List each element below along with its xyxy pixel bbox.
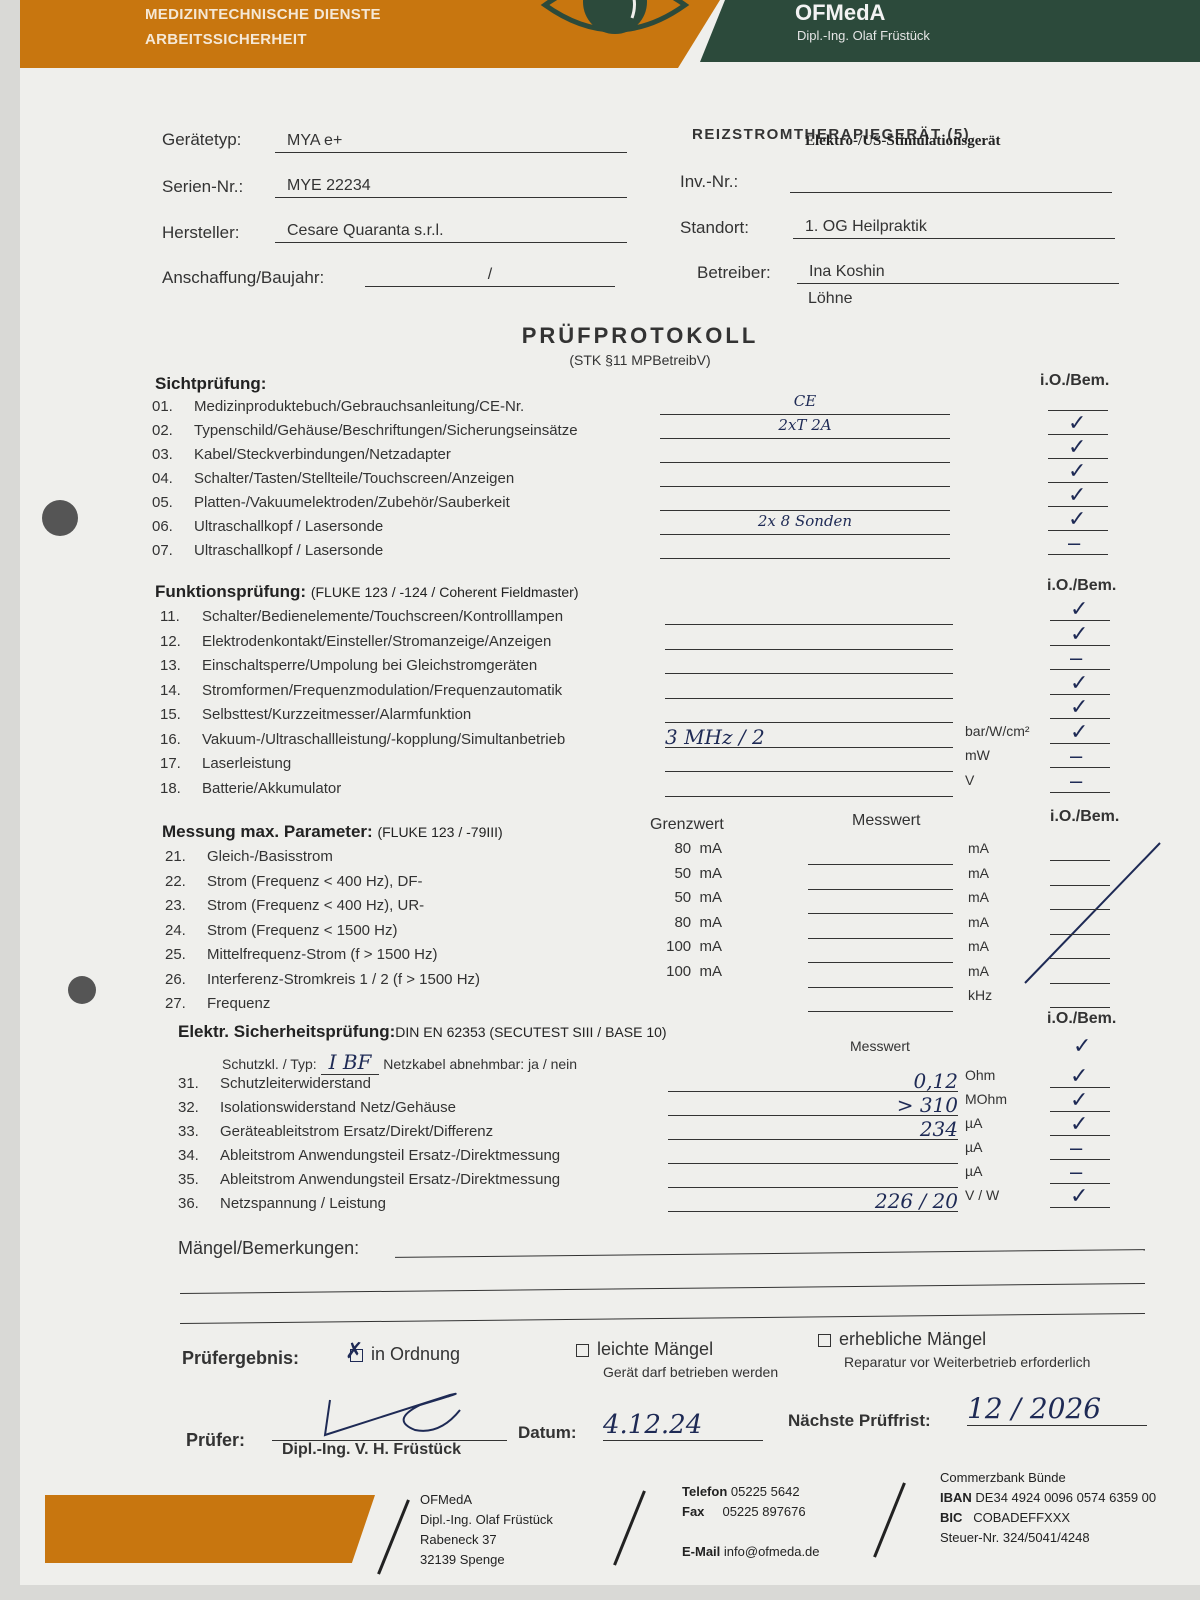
- footer-company: OFMedA Dipl.-Ing. Olaf Früstück Rabeneck…: [420, 1490, 553, 1570]
- unit-label: µA: [965, 1163, 982, 1179]
- io-field[interactable]: [1050, 1007, 1110, 1008]
- list-item: 18.Batterie/Akkumulator: [160, 780, 341, 797]
- messwert-header: Messwert: [850, 1038, 910, 1054]
- geraetetyp-label: Gerätetyp:: [162, 130, 241, 150]
- limit-value: 100 mA: [662, 963, 722, 980]
- betreiber-field[interactable]: Ina Koshin: [797, 263, 1119, 284]
- schutzklasse-row: Schutzkl. / Typ: I BF Netzkabel abnehmba…: [222, 1050, 577, 1074]
- value-line[interactable]: [808, 938, 953, 939]
- measured-value: 2x 8 Sonden: [660, 512, 950, 530]
- ergebnis-option-leicht[interactable]: leichte Mängel: [576, 1339, 713, 1360]
- anschaffung-field[interactable]: /: [365, 266, 615, 287]
- protocol-title: PRÜFPROTOKOLL: [0, 323, 1200, 349]
- punch-hole: [42, 500, 78, 536]
- measured-value: 226 / 20: [668, 1189, 958, 1213]
- io-header: i.O./Bem.: [1040, 372, 1109, 390]
- value-line[interactable]: [665, 649, 953, 650]
- value-line[interactable]: [808, 913, 953, 914]
- unit-label: MOhm: [965, 1091, 1007, 1107]
- brand-name: OFMedA: [795, 0, 885, 26]
- check-mark-icon: ✓: [1073, 1035, 1091, 1057]
- pruefer-name: Dipl.-Ing. V. H. Früstück: [272, 1440, 507, 1459]
- io-field[interactable]: [1050, 860, 1110, 861]
- checkbox-icon[interactable]: [818, 1334, 831, 1347]
- unit-label: bar/W/cm²: [965, 723, 1030, 739]
- unit-label: mW: [965, 747, 990, 763]
- measured-value: 0,12: [668, 1069, 958, 1093]
- ergebnis-erheblich-sub: Reparatur vor Weiterbetrieb erforderlich: [844, 1354, 1090, 1370]
- value-line[interactable]: [660, 462, 950, 463]
- unit-label: mA: [968, 889, 989, 905]
- io-field[interactable]: [1050, 983, 1110, 984]
- hersteller-label: Hersteller:: [162, 223, 239, 243]
- list-item: 21.Gleich-/Basisstrom: [165, 848, 333, 865]
- check-mark-icon: ✓: [1068, 508, 1086, 530]
- list-item: 01.Medizinproduktebuch/Gebrauchsanleitun…: [152, 398, 524, 415]
- value-line[interactable]: [668, 1187, 958, 1188]
- list-item: 32.Isolationswiderstand Netz/Gehäuse: [178, 1099, 456, 1116]
- messwert-header: Messwert: [852, 812, 920, 830]
- unit-label: mA: [968, 963, 989, 979]
- pruefer-label: Prüfer:: [186, 1430, 245, 1451]
- list-item: 11.Schalter/Bedienelemente/Touchscreen/K…: [160, 608, 563, 625]
- check-mark-icon: ✓: [1070, 672, 1088, 694]
- io-header: i.O./Bem.: [1047, 1010, 1116, 1028]
- list-item: 13.Einschaltsperre/Umpolung bei Gleichst…: [160, 657, 537, 674]
- inv-field[interactable]: [790, 172, 1112, 193]
- unit-label: mA: [968, 865, 989, 881]
- ergebnis-leicht-sub: Gerät darf betrieben werden: [603, 1364, 778, 1380]
- frist-label: Nächste Prüffrist:: [788, 1411, 931, 1431]
- frist-field[interactable]: 12 / 2026: [967, 1392, 1147, 1426]
- limit-value: 100 mA: [662, 938, 722, 955]
- geraetetyp-field[interactable]: MYA e+: [275, 132, 627, 153]
- dash-mark-icon: –: [1070, 647, 1082, 669]
- io-field[interactable]: [1050, 909, 1110, 910]
- device-category-overprint: Elektro-/US-Stimulationsgerät: [805, 133, 1001, 150]
- check-mark-icon: ✓: [1070, 1113, 1088, 1135]
- protocol-subtitle: (STK §11 MPBetreibV): [0, 352, 1200, 368]
- measured-value: > 310: [668, 1093, 958, 1117]
- sichtpruefung-heading: Sichtprüfung:: [155, 374, 266, 394]
- limit-value: 50 mA: [662, 865, 722, 882]
- check-mark-icon: ✓: [1068, 484, 1086, 506]
- list-item: 16.Vakuum-/Ultraschallleistung/-kopplung…: [160, 731, 565, 748]
- standort-label: Standort:: [680, 218, 749, 238]
- eye-icon: [540, 0, 690, 50]
- value-line[interactable]: [665, 698, 953, 699]
- anschaffung-label: Anschaffung/Baujahr:: [162, 268, 324, 288]
- list-item: 17.Laserleistung: [160, 755, 291, 772]
- list-item: 33.Geräteableitstrom Ersatz/Direkt/Diffe…: [178, 1123, 493, 1140]
- value-line[interactable]: [665, 722, 953, 723]
- serien-label: Serien-Nr.:: [162, 177, 243, 197]
- inv-label: Inv.-Nr.:: [680, 172, 738, 192]
- measured-value: CE: [660, 392, 950, 410]
- betreiber-label: Betreiber:: [697, 263, 771, 283]
- list-item: 34.Ableitstrom Anwendungsteil Ersatz-/Di…: [178, 1147, 560, 1164]
- value-line[interactable]: [665, 624, 953, 625]
- unit-label: Ohm: [965, 1067, 995, 1083]
- dash-mark-icon: –: [1070, 1161, 1082, 1183]
- ergebnis-option-erheblich[interactable]: erhebliche Mängel: [818, 1329, 986, 1350]
- check-mark-icon: ✓: [1070, 696, 1088, 718]
- list-item: 14.Stromformen/Frequenzmodulation/Freque…: [160, 682, 562, 699]
- unit-label: mA: [968, 840, 989, 856]
- check-mark-icon: ✓: [1070, 598, 1088, 620]
- list-item: 26.Interferenz-Stromkreis 1 / 2 (f > 150…: [165, 971, 480, 988]
- signature-scribble: [320, 1390, 500, 1440]
- value-line[interactable]: [665, 771, 953, 772]
- betreiber-city: Löhne: [808, 290, 853, 308]
- value-line[interactable]: [660, 438, 950, 439]
- messung-heading: Messung max. Parameter: (FLUKE 123 / -79…: [162, 822, 503, 842]
- header-right-band: OFMedA Dipl.-Ing. Olaf Früstück: [700, 0, 1200, 62]
- value-line[interactable]: [808, 962, 953, 963]
- dash-mark-icon: –: [1068, 532, 1080, 554]
- unit-label: µA: [965, 1139, 982, 1155]
- unit-label: V / W: [965, 1187, 999, 1203]
- list-item: 12.Elektrodenkontakt/Einsteller/Stromanz…: [160, 633, 551, 650]
- check-mark-icon: ✓: [1068, 460, 1086, 482]
- io-field[interactable]: [1050, 885, 1110, 886]
- value-line[interactable]: [660, 558, 950, 559]
- check-mark-icon: ✓: [1070, 1065, 1088, 1087]
- list-item: 04.Schalter/Tasten/Stellteile/Touchscree…: [152, 470, 514, 487]
- value-line[interactable]: [665, 796, 953, 797]
- checkbox-icon[interactable]: [576, 1344, 589, 1357]
- list-item: 07.Ultraschallkopf / Lasersonde: [152, 542, 383, 559]
- list-item: 06.Ultraschallkopf / Lasersonde: [152, 518, 383, 535]
- value-line[interactable]: [665, 673, 953, 674]
- check-mark-icon: ✓: [1068, 412, 1086, 434]
- list-item: 03.Kabel/Steckverbindungen/Netzadapter: [152, 446, 451, 463]
- checkbox-checked-icon[interactable]: ✗: [350, 1349, 363, 1362]
- value-line[interactable]: [660, 414, 950, 415]
- grenzwert-header: Grenzwert: [650, 816, 724, 834]
- value-line[interactable]: [660, 486, 950, 487]
- value-line[interactable]: [668, 1163, 958, 1164]
- check-mark-icon: ✓: [1070, 1185, 1088, 1207]
- ergebnis-label: Prüfergebnis:: [182, 1348, 299, 1369]
- io-field[interactable]: [1050, 934, 1110, 935]
- header-line-1: MEDIZINTECHNISCHE DIENSTE: [145, 6, 381, 23]
- list-item: 05.Platten-/Vakuumelektroden/Zubehör/Sau…: [152, 494, 510, 511]
- dash-mark-icon: –: [1070, 1137, 1082, 1159]
- hersteller-field[interactable]: Cesare Quaranta s.r.l.: [275, 222, 627, 243]
- sicherheit-heading: Elektr. Sicherheitsprüfung:DIN EN 62353 …: [178, 1022, 667, 1042]
- unit-label: kHz: [968, 987, 992, 1003]
- unit-label: mA: [968, 938, 989, 954]
- limit-value: 80 mA: [662, 914, 722, 931]
- standort-field[interactable]: 1. OG Heilpraktik: [793, 218, 1115, 239]
- brand-subtitle: Dipl.-Ing. Olaf Früstück: [797, 28, 930, 43]
- list-item: 02.Typenschild/Gehäuse/Beschriftungen/Si…: [152, 422, 578, 439]
- value-line[interactable]: [808, 987, 953, 988]
- io-header: i.O./Bem.: [1050, 808, 1119, 826]
- limit-value: 80 mA: [662, 840, 722, 857]
- list-item: 24.Strom (Frequenz < 1500 Hz): [165, 922, 398, 939]
- value-line[interactable]: [808, 889, 953, 890]
- footer-band: [45, 1495, 375, 1563]
- email-link[interactable]: info@ofmeda.de: [724, 1544, 820, 1559]
- schutzklasse-value[interactable]: I BF: [321, 1050, 380, 1075]
- punch-hole: [68, 976, 96, 1004]
- value-line[interactable]: [660, 510, 950, 511]
- footer-bank: Commerzbank Bünde IBAN DE34 4924 0096 05…: [940, 1468, 1156, 1548]
- serien-field[interactable]: MYE 22234: [275, 177, 627, 198]
- list-item: 36.Netzspannung / Leistung: [178, 1195, 386, 1212]
- list-item: 27.Frequenz: [165, 995, 270, 1012]
- measured-value: 3 MHz / 2: [665, 725, 953, 749]
- value-line[interactable]: [660, 534, 950, 535]
- dash-mark-icon: –: [1070, 770, 1082, 792]
- measured-value: 234: [668, 1117, 958, 1141]
- list-item: 23.Strom (Frequenz < 400 Hz), UR-: [165, 897, 424, 914]
- limit-value: 50 mA: [662, 889, 722, 906]
- io-header: i.O./Bem.: [1047, 577, 1116, 595]
- list-item: 25.Mittelfrequenz-Strom (f > 1500 Hz): [165, 946, 438, 963]
- check-mark-icon: ✓: [1068, 436, 1086, 458]
- measured-value: 2xT 2A: [660, 416, 950, 434]
- unit-label: µA: [965, 1115, 982, 1131]
- check-mark-icon: ✓: [1070, 721, 1088, 743]
- value-line[interactable]: [808, 1011, 953, 1012]
- header-line-2: ARBEITSSICHERHEIT: [145, 31, 307, 48]
- datum-label: Datum:: [518, 1423, 577, 1443]
- io-field[interactable]: [1050, 958, 1110, 959]
- funktionspruefung-heading: Funktionsprüfung: (FLUKE 123 / -124 / Co…: [155, 582, 578, 602]
- bemerkungen-label: Mängel/Bemerkungen:: [178, 1238, 359, 1259]
- value-line[interactable]: [808, 864, 953, 865]
- list-item: 35.Ableitstrom Anwendungsteil Ersatz-/Di…: [178, 1171, 560, 1188]
- list-item: 31.Schutzleiterwiderstand: [178, 1075, 371, 1092]
- list-item: 22.Strom (Frequenz < 400 Hz), DF-: [165, 873, 422, 890]
- dash-mark-icon: –: [1070, 745, 1082, 767]
- ergebnis-option-io[interactable]: ✗in Ordnung: [350, 1344, 460, 1365]
- datum-field[interactable]: 4.12.24: [603, 1410, 763, 1441]
- check-mark-icon: ✓: [1070, 623, 1088, 645]
- check-mark-icon: ✓: [1070, 1089, 1088, 1111]
- list-item: 15.Selbsttest/Kurzzeitmesser/Alarmfunkti…: [160, 706, 471, 723]
- unit-label: mA: [968, 914, 989, 930]
- unit-label: V: [965, 772, 974, 788]
- footer-contact: Telefon 05225 5642 Fax 05225 897676 E-Ma…: [682, 1482, 820, 1562]
